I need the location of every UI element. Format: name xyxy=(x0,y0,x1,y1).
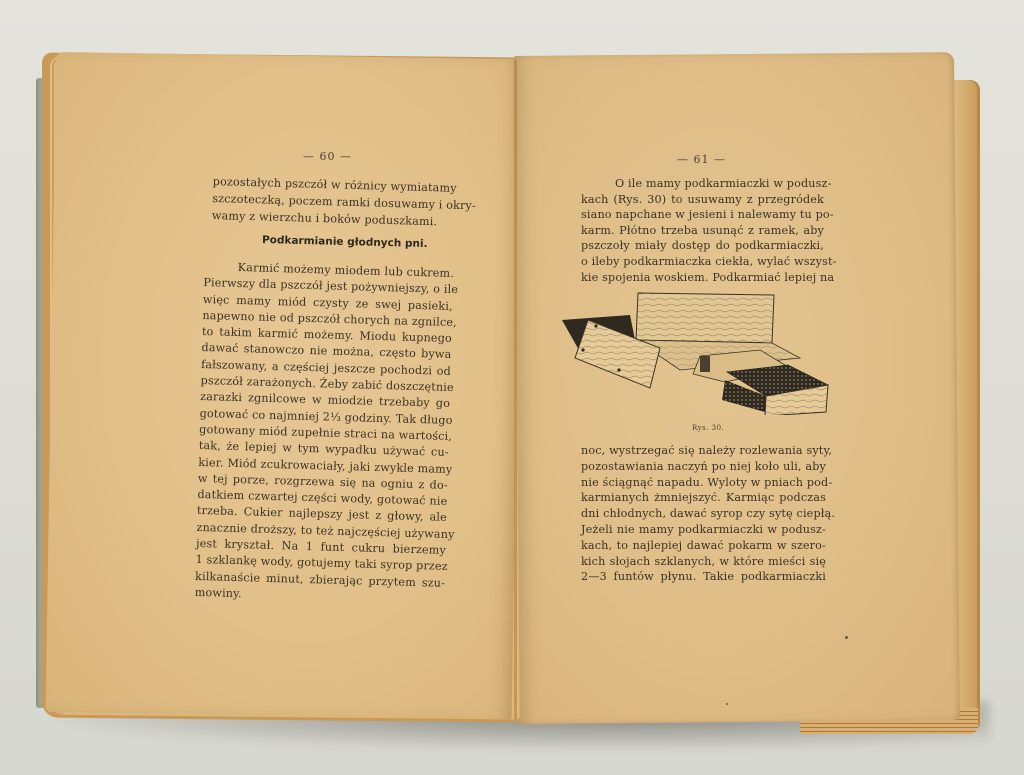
left-body-paragraph: Karmić możemy miodem lub cukrem. Pierwsz… xyxy=(194,259,453,608)
right-bottom-paragraph: noc, wystrzegać się należy rozlewania sy… xyxy=(581,443,826,585)
text-line: kach, to najlepiej dawać pokarm w szero- xyxy=(581,538,826,554)
feeder-illustration xyxy=(560,290,845,415)
figure-caption: Rys. 30. xyxy=(692,424,724,432)
text-line: pozostawiania naczyń po niej koło uli, a… xyxy=(581,459,826,475)
text-line: kich słojach szklanych, w które mieści s… xyxy=(581,554,826,570)
text-line: dni chłodnych, dawać syrop czy sytę ciep… xyxy=(581,506,826,522)
left-intro-paragraph: pozostałych pszczół w różnicy wymiatamy … xyxy=(212,173,456,231)
paper-speck xyxy=(845,636,848,639)
text-line: noc, wystrzegać się należy rozlewania sy… xyxy=(581,443,826,459)
text-line: o ileby podkarmiaczka ciekła, wylać wszy… xyxy=(581,254,824,270)
text-line: pszczoły miały dostęp do podkarmiaczki, xyxy=(581,238,824,254)
text-line: nie ściągnąć napadu. Wyloty w pniach pod… xyxy=(581,475,826,491)
paper-speck xyxy=(726,703,728,705)
text-line: siano napchane w jesieni i nalewamy tu p… xyxy=(581,207,824,223)
text-line: karmianych żmniejszyć. Karmiąc podczas xyxy=(581,490,826,506)
page-number-left: — 60 — xyxy=(303,150,352,163)
text-line: karm. Płótno trzeba usunąć z ramek, aby xyxy=(581,223,824,239)
text-line: O ile mamy podkarmiaczki w podusz- xyxy=(581,176,824,192)
text-line: kie spojenia woskiem. Podkarmiać lepiej … xyxy=(581,270,824,286)
text-line: 2—3 funtów płynu. Takie podkarmiaczki xyxy=(581,569,826,585)
text-line: Jeżeli nie mamy podkarmiaczki w podusz- xyxy=(581,522,826,538)
text-line: kach (Rys. 30) to usuwamy z przegródek xyxy=(581,192,824,208)
right-top-paragraph: O ile mamy podkarmiaczki w podusz- kach … xyxy=(581,176,824,285)
book-gutter xyxy=(514,60,517,720)
page-number-right: — 61 — xyxy=(677,153,726,166)
